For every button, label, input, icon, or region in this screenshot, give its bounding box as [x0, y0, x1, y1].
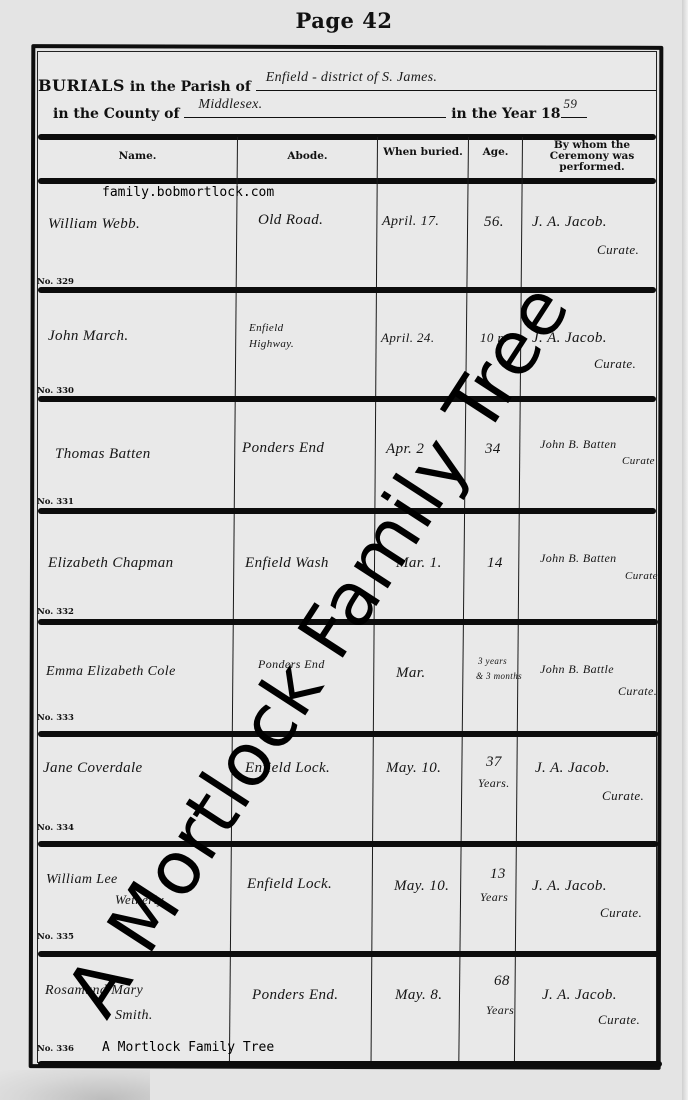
- cell-name-line2: Wetherly.: [115, 892, 167, 908]
- cell-name: Jane Coverdale: [43, 760, 143, 777]
- cell-when-buried: April. 24.: [381, 330, 434, 346]
- entry-number: No. 331: [37, 497, 74, 507]
- cell-when-buried: May. 10.: [394, 878, 449, 895]
- cell-when-buried: Mar. 1.: [396, 555, 442, 572]
- cell-age: 13: [490, 866, 506, 883]
- county-value: Middlesex.: [198, 97, 262, 113]
- column-header-when-buried: When buried.: [378, 147, 468, 158]
- cell-age: 3 years: [478, 655, 507, 667]
- cell-officiant-title: Curate.: [602, 788, 644, 804]
- row-separator: [38, 1061, 662, 1067]
- entry-number: No. 330: [37, 386, 74, 396]
- county-field: Middlesex.: [184, 101, 446, 118]
- parish-heading: BURIALS in the Parish of Enfield - distr…: [38, 74, 656, 95]
- cell-officiant: J. A. Jacob.: [532, 214, 607, 231]
- row-separator: [38, 731, 658, 737]
- year-label: in the Year 18: [451, 106, 560, 122]
- cell-name: Rosamund Mary: [45, 983, 143, 999]
- column-header-name: Name.: [38, 151, 237, 162]
- entry-number: No. 335: [37, 932, 74, 942]
- cell-when-buried: May. 10.: [386, 760, 441, 777]
- cell-officiant: John B. Battle: [540, 662, 614, 677]
- cell-age: 56.: [484, 214, 504, 231]
- cell-abode-line2: Highway.: [249, 338, 294, 350]
- cell-officiant: John B. Batten: [540, 437, 617, 452]
- column-header-officiant: By whom the Ceremony was performed.: [527, 140, 657, 173]
- parish-value: Enfield - district of S. James.: [266, 70, 437, 86]
- cell-officiant: J. A. Jacob.: [542, 987, 617, 1004]
- row-separator: [38, 951, 660, 957]
- cell-officiant-title: Curate: [622, 455, 655, 467]
- burials-heading: BURIALS: [38, 76, 125, 95]
- cell-age-line2: Years: [480, 890, 508, 905]
- column-header-abode: Abode.: [238, 151, 377, 162]
- cell-name: William Lee: [46, 872, 118, 888]
- cell-abode: Enfield Lock.: [247, 876, 332, 893]
- row-separator: [38, 287, 656, 293]
- header-bottom-rule: [38, 178, 656, 184]
- cell-officiant: J. A. Jacob.: [532, 878, 607, 895]
- county-label: in the County of: [53, 106, 179, 122]
- cell-name: Elizabeth Chapman: [48, 555, 174, 572]
- entry-number: No. 333: [37, 713, 74, 723]
- cell-name: John March.: [48, 328, 129, 345]
- year-value: 59: [564, 96, 578, 112]
- cell-officiant: John B. Batten: [540, 551, 617, 566]
- cell-age: 34: [485, 441, 501, 458]
- cell-abode: Enfield: [249, 322, 284, 334]
- cell-name: Thomas Batten: [55, 446, 151, 463]
- cell-abode: Ponders End: [258, 657, 325, 672]
- cell-officiant-title: Curate.: [598, 1012, 640, 1028]
- cell-when-buried: Apr. 2: [386, 441, 424, 458]
- cell-abode: Old Road.: [258, 212, 323, 229]
- row-separator: [38, 396, 656, 402]
- cell-officiant: J. A. Jacob.: [535, 760, 610, 777]
- cell-when-buried: May. 8.: [395, 987, 442, 1004]
- cell-age: 37: [486, 754, 502, 771]
- row-separator: [38, 508, 656, 514]
- cell-abode: Enfield Wash: [245, 555, 329, 572]
- cell-officiant-title: Curate.: [594, 356, 636, 372]
- row-separator: [38, 619, 658, 625]
- entry-number: No. 332: [37, 607, 74, 617]
- scan-shadow: [0, 1070, 150, 1100]
- county-heading: in the County of Middlesex. in the Year …: [53, 101, 587, 122]
- cell-when-buried: April. 17.: [382, 214, 439, 230]
- cell-officiant-title: Curate: [625, 570, 658, 582]
- cell-officiant-title: Curate.: [600, 905, 642, 921]
- cell-name-line2: Smith.: [115, 1008, 153, 1024]
- entry-number: No. 329: [37, 277, 74, 287]
- cell-name: Emma Elizabeth Cole: [46, 664, 176, 680]
- cell-age: 68: [494, 973, 510, 990]
- page-title: Page 42: [0, 8, 688, 33]
- parish-field: Enfield - district of S. James.: [256, 74, 656, 91]
- cell-abode: Enfield Lock.: [245, 760, 330, 777]
- cell-age: 14: [487, 555, 503, 572]
- cell-abode: Ponders End.: [252, 987, 338, 1004]
- year-field: 59: [561, 101, 587, 118]
- footer-caption-overlay: A Mortlock Family Tree: [102, 1040, 274, 1055]
- column-header-age: Age.: [469, 147, 522, 158]
- row-separator: [38, 841, 658, 847]
- parish-label: in the Parish of: [130, 79, 251, 95]
- cell-abode: Ponders End: [242, 440, 324, 457]
- entry-number: No. 334: [37, 823, 74, 833]
- cell-officiant-title: Curate.: [597, 242, 639, 258]
- site-url-overlay: family.bobmortlock.com: [102, 185, 274, 200]
- cell-age-line2: & 3 months: [476, 670, 522, 682]
- cell-officiant-title: Curate.: [618, 684, 657, 699]
- cell-age-line2: Years.: [478, 776, 510, 791]
- cell-name: William Webb.: [48, 216, 140, 233]
- entry-number: No. 336: [37, 1044, 74, 1054]
- cell-age: 10 m: [480, 330, 507, 346]
- cell-when-buried: Mar.: [396, 665, 426, 682]
- cell-officiant: J. A. Jacob.: [532, 330, 607, 347]
- page-edge: [682, 0, 688, 1100]
- cell-age-line2: Years: [486, 1003, 514, 1018]
